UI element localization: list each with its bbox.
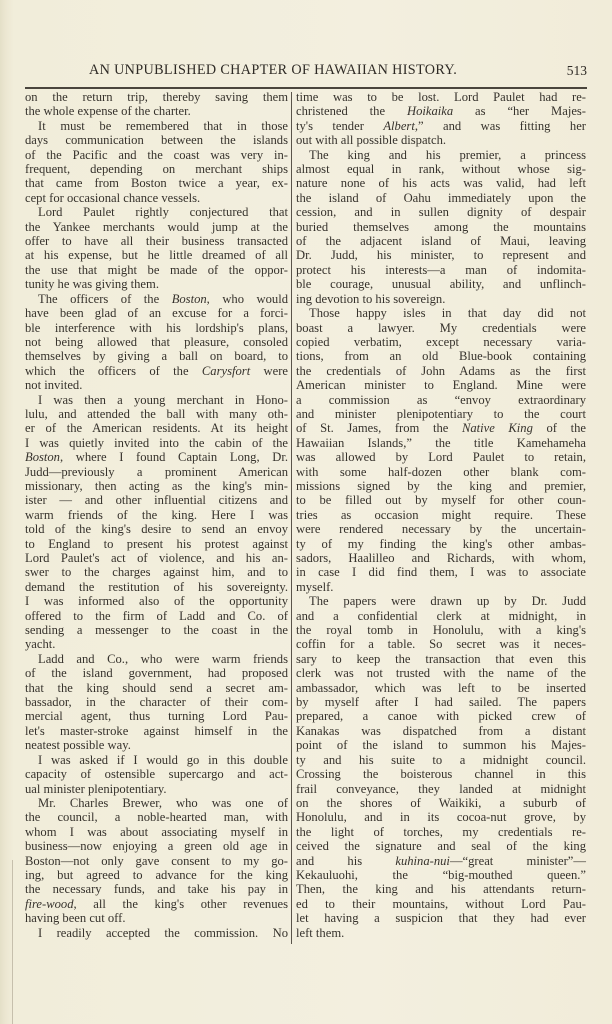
text-line: christened the Hoikaika as “her Majes- xyxy=(296,104,586,118)
text-line: ing devotion to his sovereign. xyxy=(296,292,586,306)
text-line: I was asked if I would go in this double xyxy=(25,753,288,767)
text-line: Boston, where I found Captain Long, Dr. xyxy=(25,450,288,464)
header-rule xyxy=(25,87,587,89)
text-line: was allowed by Lord Paulet to retain, xyxy=(296,450,586,464)
text-line: time was to be lost. Lord Paulet had re- xyxy=(296,90,586,104)
text-line: ble courage, unusual ability, and unflin… xyxy=(296,277,586,291)
text-line: ual minister plenipotentiary. xyxy=(25,782,288,796)
text-line: Then, the king and his attendants return… xyxy=(296,882,586,896)
text-line: frail conveyance, they landed at midnigh… xyxy=(296,782,586,796)
text-line: almost equal in rank, without whose sig- xyxy=(296,162,586,176)
text-segment: were xyxy=(250,364,288,378)
text-segment: , all the king's other revenues xyxy=(74,897,288,911)
page-number: 513 xyxy=(567,63,587,79)
text-line: the credentials of John Adams as the fir… xyxy=(296,364,586,378)
text-line: nature none of his acts was valid, had l… xyxy=(296,176,586,190)
text-line: ceived the signature and seal of the kin… xyxy=(296,839,586,853)
italic-term: Boston xyxy=(25,450,60,464)
text-line: copied verbatim, except necessary varia- xyxy=(296,335,586,349)
text-line: The papers were drawn up by Dr. Judd xyxy=(296,594,586,608)
text-line: ty of my finding the king's other ambas- xyxy=(296,537,586,551)
text-line: coffin for a table. So secret was it nec… xyxy=(296,637,586,651)
text-line: Honolulu, and in its cocoa-nut grove, by xyxy=(296,810,586,824)
text-line: Hawaiian Islands,” the title Kamehameha xyxy=(296,436,586,450)
text-line: the necessary funds, and take his pay in xyxy=(25,882,288,896)
italic-term: Albert xyxy=(383,119,414,133)
text-line: offered to the firm of Ladd and Co. of xyxy=(25,609,288,623)
italic-term: kuhina-nui xyxy=(395,854,450,868)
text-segment: , where I found Captain Long, Dr. xyxy=(60,450,288,464)
text-line: Those happy isles in that day did not xyxy=(296,306,586,320)
text-line: warm friends of the king. Here I was xyxy=(25,508,288,522)
text-line: missions signed by the king and premier, xyxy=(296,479,586,493)
text-line: Dr. Judd, his minister, to represent and xyxy=(296,248,586,262)
text-line: let having a suspicion that they had eve… xyxy=(296,911,586,925)
text-segment: ty's tender xyxy=(296,119,383,133)
text-line: not being allowed that pleasure, console… xyxy=(25,335,288,349)
text-line: at his expense, but he little dreamed of… xyxy=(25,248,288,262)
italic-term: fire-wood xyxy=(25,897,74,911)
text-line: boast a lawyer. My credentials were xyxy=(296,321,586,335)
text-line: and a confidential clerk at midnight, in xyxy=(296,609,586,623)
text-line: by myself after I had sailed. The papers xyxy=(296,695,586,709)
text-line: of St. James, from the Native King of th… xyxy=(296,421,586,435)
text-line: which the officers of the Carysfort were xyxy=(25,364,288,378)
text-line: the use that might be made of the oppor- xyxy=(25,263,288,277)
running-title: AN UNPUBLISHED CHAPTER OF HAWAIIAN HISTO… xyxy=(89,62,457,79)
text-line: swer to the charges against him, and to xyxy=(25,565,288,579)
text-segment: of St. James, from the xyxy=(296,421,462,435)
text-line: fire-wood, all the king's other revenues xyxy=(25,897,288,911)
text-line: not invited. xyxy=(25,378,288,392)
text-line: to England to present his protest agains… xyxy=(25,537,288,551)
text-line: American minister to England. Mine were xyxy=(296,378,586,392)
text-column-left: on the return trip, thereby saving themt… xyxy=(25,90,288,940)
text-line: in case I did find them, I was to associ… xyxy=(296,565,586,579)
text-segment: and his xyxy=(296,854,395,868)
text-line: were rendered necessary by the uncertain… xyxy=(296,522,586,536)
text-line: neatest possible way. xyxy=(25,738,288,752)
text-line: lulu, and attended the ball with many ot… xyxy=(25,407,288,421)
text-line: capacity of ostensible supercargo and ac… xyxy=(25,767,288,781)
text-line: of the island government, had proposed xyxy=(25,666,288,680)
column-divider xyxy=(291,92,292,944)
text-line: It must be remembered that in those xyxy=(25,119,288,133)
text-line: let's master-stroke against himself in t… xyxy=(25,724,288,738)
text-line: sadors, Haalilleo and Richards, with who… xyxy=(296,551,586,565)
running-header: AN UNPUBLISHED CHAPTER OF HAWAIIAN HISTO… xyxy=(25,62,587,82)
text-line: the Yankee merchants would jump at the xyxy=(25,220,288,234)
text-line: I was quietly invited into the cabin of … xyxy=(25,436,288,450)
text-line: whom I was about associating myself in xyxy=(25,825,288,839)
text-line: and his kuhina-nui—“great minister”— xyxy=(296,854,586,868)
text-line: myself. xyxy=(296,580,586,594)
text-line: the royal tomb in Honolulu, with a king'… xyxy=(296,623,586,637)
text-line: Boston—not only gave consent to my go- xyxy=(25,854,288,868)
text-line: sary to keep the transaction that even t… xyxy=(296,652,586,666)
text-line: that the king should send a secret am- xyxy=(25,681,288,695)
text-line: to be filled out by myself for other cou… xyxy=(296,493,586,507)
text-line: of the Pacific and the coast was very in… xyxy=(25,148,288,162)
text-line: bassador, in the character of their com- xyxy=(25,695,288,709)
text-line: on the shores of Waikiki, a suburb of xyxy=(296,796,586,810)
text-line: frequent, depending on merchant ships xyxy=(25,162,288,176)
text-segment: which the officers of the xyxy=(25,364,202,378)
text-line: told of the king's desire to send an env… xyxy=(25,522,288,536)
text-line: er of the American residents. At its hei… xyxy=(25,421,288,435)
text-line: Mr. Charles Brewer, who was one of xyxy=(25,796,288,810)
text-line: yacht. xyxy=(25,637,288,651)
text-line: ed to their mountains, without Lord Pau- xyxy=(296,897,586,911)
text-line: ambassador, which was left to be inserte… xyxy=(296,681,586,695)
text-line: left them. xyxy=(296,926,586,940)
italic-term: Carysfort xyxy=(202,364,250,378)
text-line: The king and his premier, a princess xyxy=(296,148,586,162)
text-segment: The officers of the xyxy=(38,292,172,306)
text-line: prepared, a canoe with picked crew of xyxy=(296,709,586,723)
text-line: protect his interests—a man of indomita- xyxy=(296,263,586,277)
italic-term: Native King xyxy=(462,421,533,435)
text-line: ty's tender Albert,” and was fitting her xyxy=(296,119,586,133)
text-line: buried themselves among the mountains xyxy=(296,220,586,234)
text-line: cession, and in sullen dignity of despai… xyxy=(296,205,586,219)
text-line: days communication between the islands xyxy=(25,133,288,147)
text-line: clerk was not trusted with the name of t… xyxy=(296,666,586,680)
text-column-right: time was to be lost. Lord Paulet had re-… xyxy=(296,90,586,940)
text-line: out with all possible dispatch. xyxy=(296,133,586,147)
italic-term: Hoikaika xyxy=(407,104,453,118)
text-line: Judd—previously a prominent American xyxy=(25,465,288,479)
text-line: sending a messenger to the coast in the xyxy=(25,623,288,637)
text-line: the whole expense of the charter. xyxy=(25,104,288,118)
text-line: business—now enjoying a green old age in xyxy=(25,839,288,853)
text-line: Kekauluohi, the “big-mouthed queen.” xyxy=(296,868,586,882)
text-line: I readily accepted the commission. No xyxy=(25,926,288,940)
text-line: a commission as “envoy extraordinary xyxy=(296,393,586,407)
text-line: have been glad of an excuse for a forci- xyxy=(25,306,288,320)
text-line: Crossing the boisterous channel in this xyxy=(296,767,586,781)
text-line: ble interference with his lordship's pla… xyxy=(25,321,288,335)
text-line: themselves by giving a ball on board, to xyxy=(25,349,288,363)
text-line: I was informed also of the opportunity xyxy=(25,594,288,608)
text-line: Kanakas was dispatched from a distant xyxy=(296,724,586,738)
text-segment: ,” and was fitting her xyxy=(415,119,586,133)
text-line: the council, a noble-hearted man, with xyxy=(25,810,288,824)
text-line: with some half-dozen other blank com- xyxy=(296,465,586,479)
text-line: Lord Paulet's act of violence, and his a… xyxy=(25,551,288,565)
text-line: I was then a young merchant in Hono- xyxy=(25,393,288,407)
text-line: tunity he was giving them. xyxy=(25,277,288,291)
text-line: cept for occasional chance vessels. xyxy=(25,191,288,205)
text-line: the light of torches, my credentials re- xyxy=(296,825,586,839)
text-line: on the return trip, thereby saving them xyxy=(25,90,288,104)
text-line: offer to have all their business transac… xyxy=(25,234,288,248)
text-line: the island of Oahu immediately upon the xyxy=(296,191,586,205)
text-segment: —“great minister”— xyxy=(450,854,586,868)
text-segment: of the xyxy=(533,421,586,435)
text-line: missionary, then acting as the king's mi… xyxy=(25,479,288,493)
text-line: having been cut off. xyxy=(25,911,288,925)
italic-term: Boston xyxy=(172,292,207,306)
text-line: ty and his suite to a midnight council. xyxy=(296,753,586,767)
text-segment: christened the xyxy=(296,104,407,118)
text-line: mercial agent, thus turning Lord Pau- xyxy=(25,709,288,723)
text-line: that came from Boston twice a year, ex- xyxy=(25,176,288,190)
text-line: The officers of the Boston, who would xyxy=(25,292,288,306)
text-line: Ladd and Co., who were warm friends xyxy=(25,652,288,666)
text-line: ister — and other influential citizens a… xyxy=(25,493,288,507)
text-line: point of the island to summon his Majes- xyxy=(296,738,586,752)
binding-edge xyxy=(12,860,13,1024)
text-segment: as “her Majes- xyxy=(453,104,586,118)
text-line: Lord Paulet rightly conjectured that xyxy=(25,205,288,219)
text-line: demand the restitution of his sovereignt… xyxy=(25,580,288,594)
text-line: and minister plenipotentiary to the cour… xyxy=(296,407,586,421)
text-segment: , who would xyxy=(207,292,288,306)
text-line: ing, but agreed to advance for the king xyxy=(25,868,288,882)
text-line: tries as occasion might require. These xyxy=(296,508,586,522)
text-line: tions, from an old Blue-book containing xyxy=(296,349,586,363)
text-line: of the adjacent island of Maui, leaving xyxy=(296,234,586,248)
